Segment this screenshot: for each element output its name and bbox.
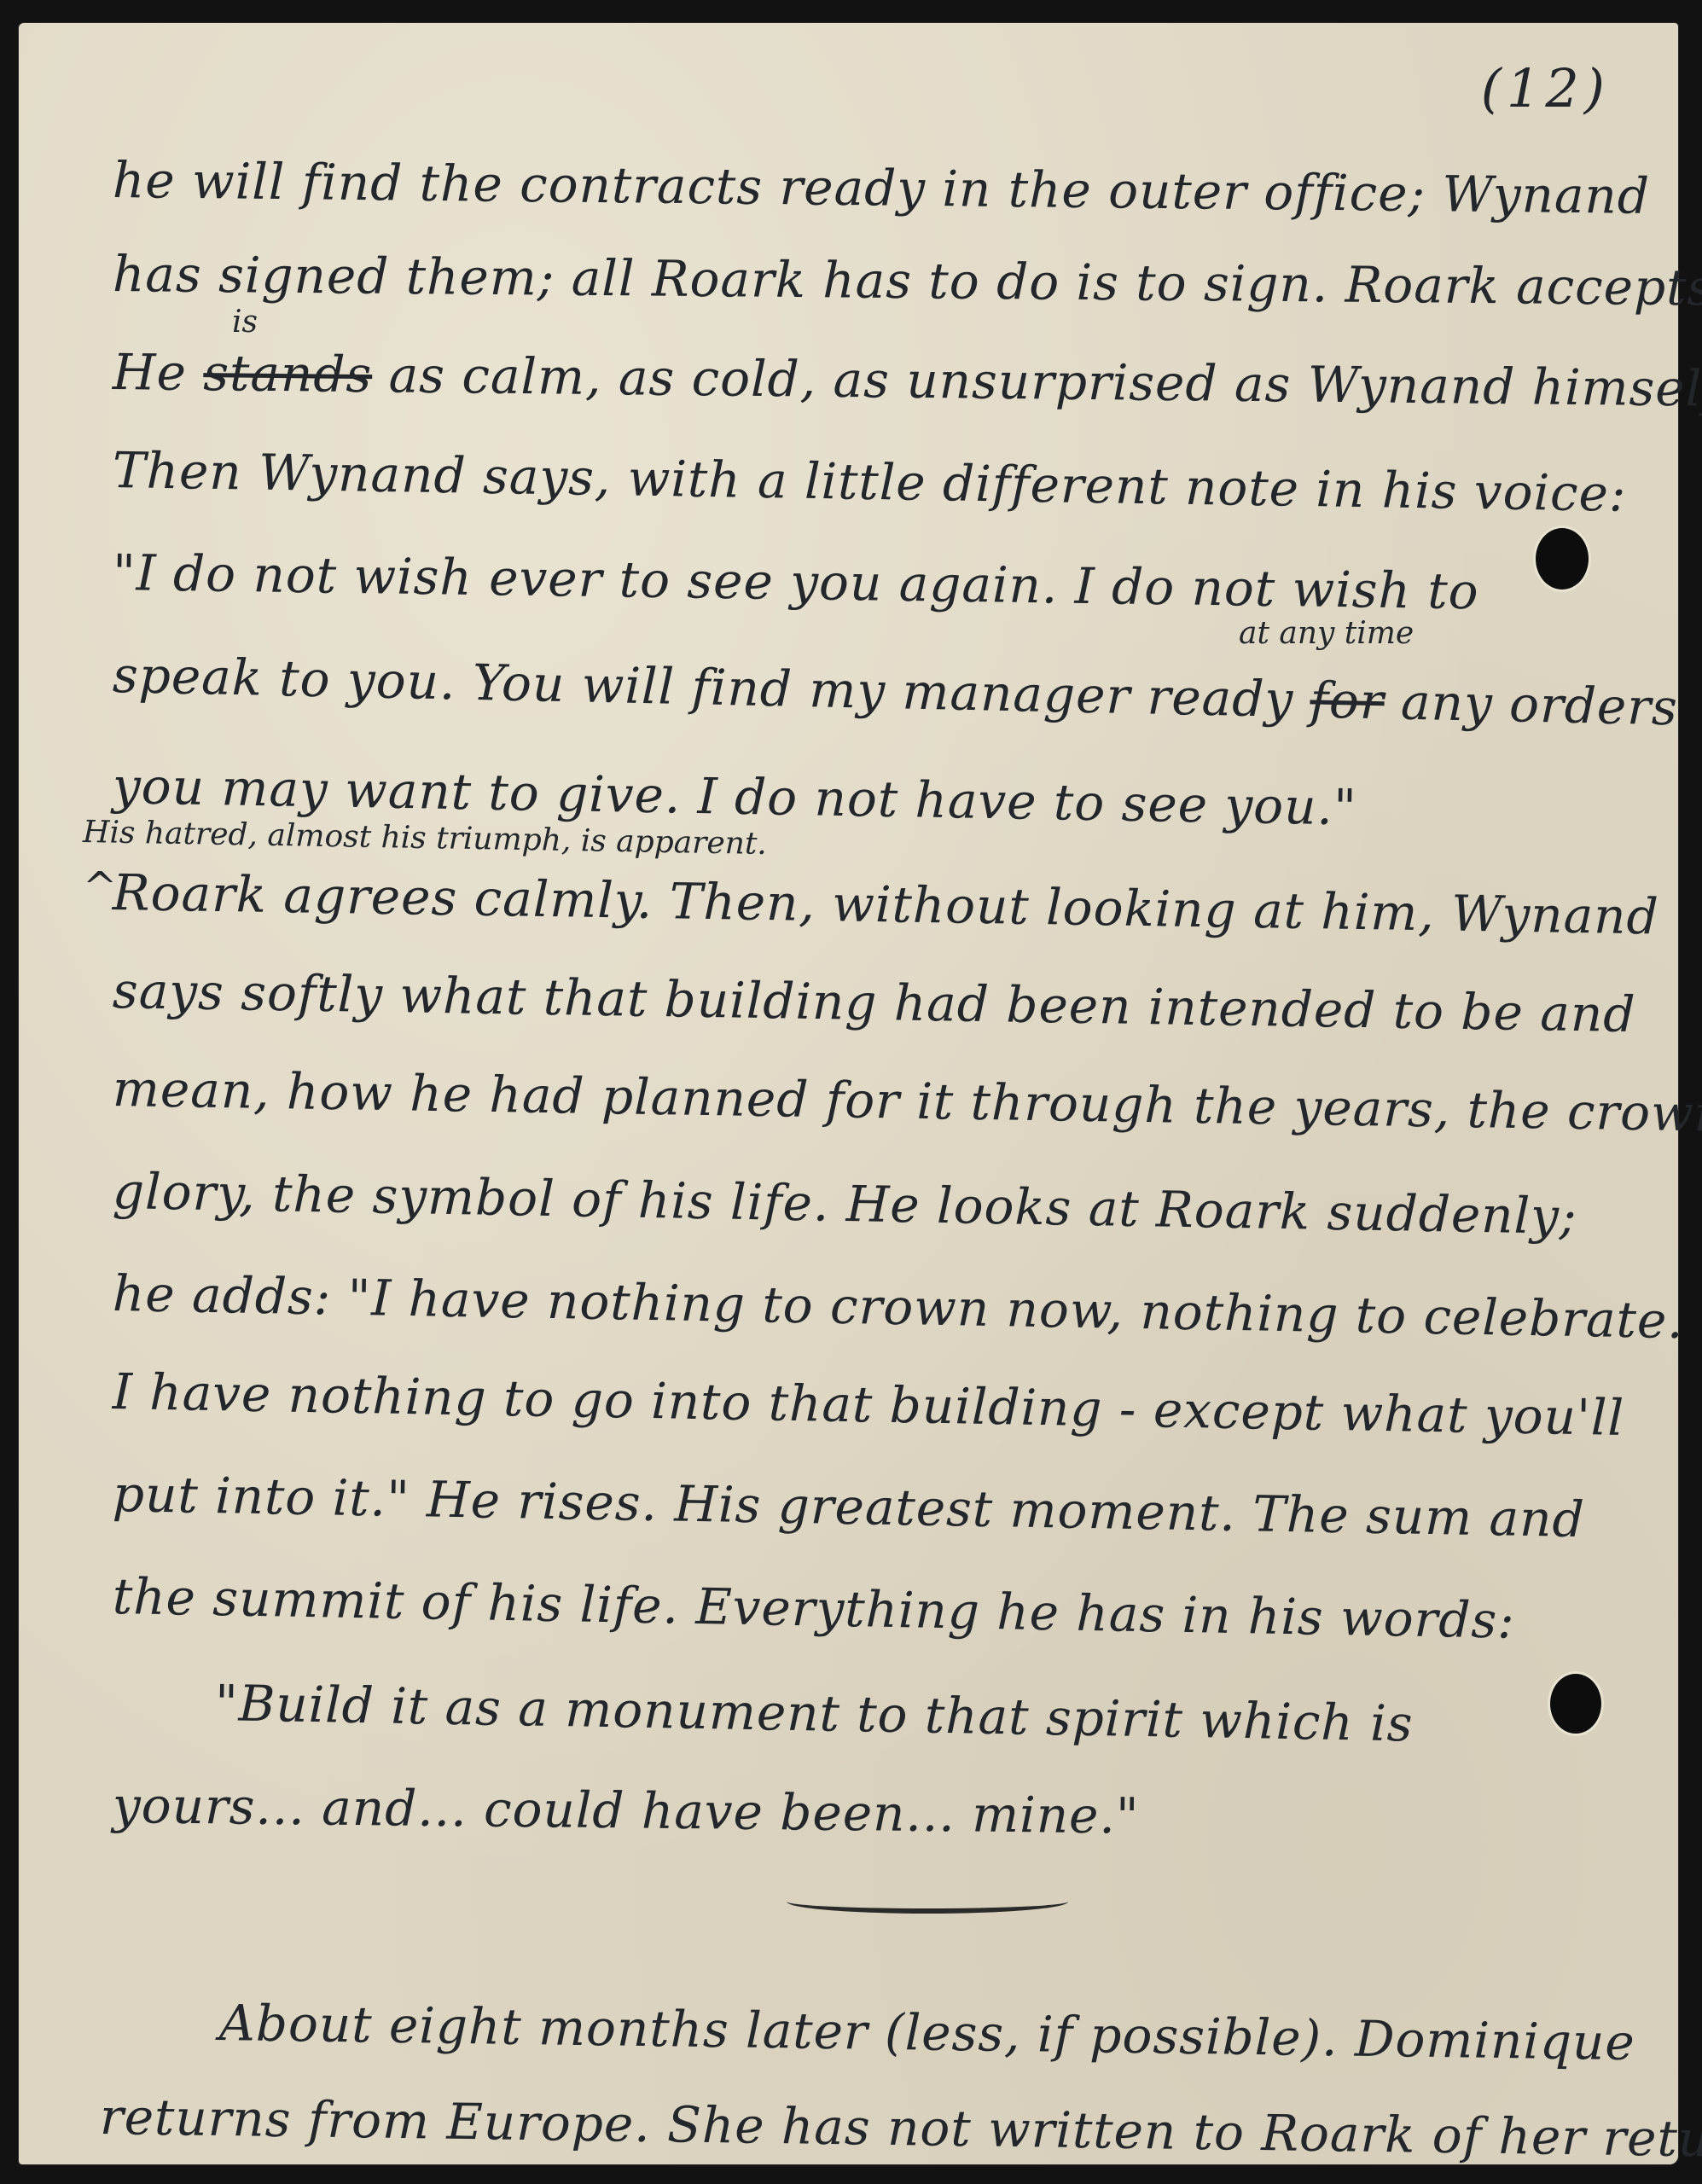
line-3-suffix: as calm, as cold, as unsurprised as Wyna… [388, 346, 1702, 418]
inserted-word-is: is [232, 305, 258, 340]
manuscript-line-15: the summit of his life. Everything he ha… [112, 1567, 1515, 1650]
line-6-before: speak to you. You will find my manager r… [112, 646, 1294, 729]
manuscript-line-12: he adds: "I have nothing to crown now, n… [112, 1264, 1684, 1350]
inserted-phrase-at-any-time: at any time [1239, 616, 1414, 651]
manuscript-line-14: put into it." He rises. His greatest mom… [112, 1465, 1585, 1548]
manuscript-line-8: Roark agrees calmly. Then, without looki… [112, 863, 1659, 945]
manuscript-line-18: About eight months later (less, if possi… [219, 1994, 1636, 2071]
line-6-struck: for [1310, 671, 1385, 730]
manuscript-line-13: I have nothing to go into that building … [112, 1362, 1624, 1447]
manuscript-line-6: speak to you. You will find my manager r… [112, 646, 1678, 736]
manuscript-line-10: mean, how he had planned for it through … [112, 1060, 1702, 1144]
line-6-after: any orders [1400, 673, 1678, 737]
punch-hole-lower [1550, 1674, 1601, 1734]
manuscript-line-17: yours... and... could have been... mine.… [113, 1776, 1140, 1845]
manuscript-page: (12) he will find the contracts ready in… [19, 23, 1678, 2164]
manuscript-line-16: "Build it as a monument to that spirit w… [214, 1674, 1414, 1753]
manuscript-line-19: returns from Europe. She has not written… [100, 2088, 1702, 2169]
manuscript-line-1: he will find the contracts ready in the … [113, 151, 1651, 225]
manuscript-line-11: glory, the symbol of his life. He looks … [112, 1162, 1577, 1246]
manuscript-line-5: "I do not wish ever to see you again. I … [113, 543, 1480, 620]
manuscript-line-9: says softly what that building had been … [112, 961, 1635, 1043]
punch-hole-upper [1536, 528, 1589, 590]
line-3-prefix: He [113, 343, 188, 402]
manuscript-line-4: Then Wynand says, with a little differen… [112, 441, 1627, 523]
section-divider [787, 1890, 1068, 1914]
manuscript-line-3: He stands as calm, as cold, as unsurpris… [113, 343, 1702, 418]
struck-word: stands [203, 344, 373, 404]
manuscript-line-2: has signed them; all Roark has to do is … [113, 245, 1702, 317]
page-number: (12) [1481, 57, 1610, 119]
